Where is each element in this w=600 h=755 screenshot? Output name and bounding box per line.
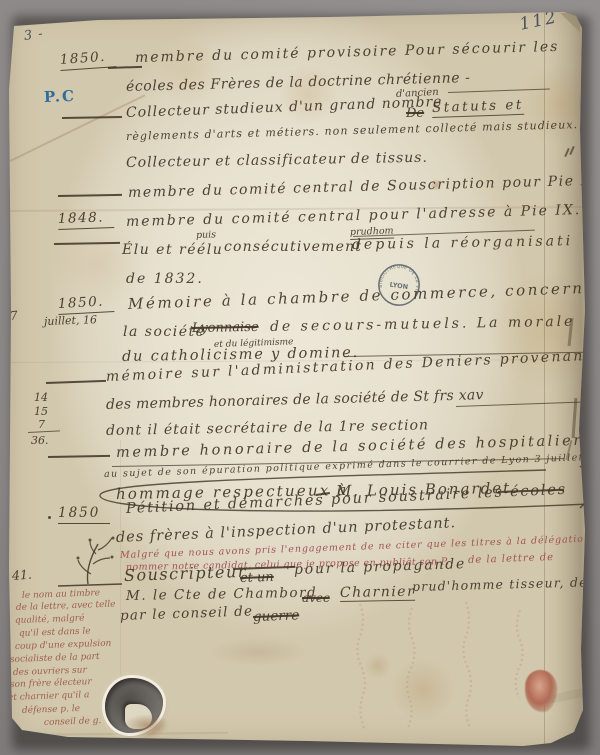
ink-smudge bbox=[124, 714, 170, 736]
ink-dot bbox=[48, 516, 51, 519]
sum-rule bbox=[28, 430, 60, 433]
sheet-number: 3 - bbox=[23, 27, 44, 43]
margin-note-line: qualité, malgré bbox=[15, 615, 85, 626]
entry-dash bbox=[46, 380, 106, 384]
margin-note-line: le nom au timbre bbox=[22, 589, 100, 601]
margin-note-line: défense p. le bbox=[22, 705, 80, 716]
margin-note-line: des ouvriers sur bbox=[13, 666, 87, 678]
entry-line: de 1832. bbox=[126, 272, 204, 286]
entry-line: Élu et réélu bbox=[122, 243, 223, 257]
entry-line: règlements d'arts et métiers. non seulem… bbox=[126, 119, 578, 142]
entry-line: par le conseil de bbox=[120, 605, 254, 623]
marginal-sum-item: 7 bbox=[38, 419, 45, 430]
marginal-number: 7 bbox=[9, 309, 18, 322]
entry-line: de secours-mutuels. La morale bbox=[270, 315, 576, 334]
entry-dash bbox=[62, 116, 122, 119]
struck-word: De bbox=[406, 107, 424, 120]
struck-word: Lyonnaise bbox=[192, 321, 259, 335]
entry-line: M. le Cte de Chambord bbox=[126, 587, 317, 604]
entry-date-detail: juillet, 16 bbox=[44, 314, 97, 327]
entry-line: Souscripteur bbox=[124, 564, 247, 584]
interlinear-insertion: puis bbox=[196, 230, 216, 240]
entry-line: consécutivement bbox=[224, 240, 362, 254]
entry-line: membre du comité provisoire Pour sécouri… bbox=[135, 40, 560, 65]
flourish-doodle bbox=[54, 536, 126, 592]
entry-line: depuis la réorganisati bbox=[352, 234, 573, 252]
struck-word: et un bbox=[240, 571, 274, 585]
margin-note-line: qu'il est dans le bbox=[19, 628, 91, 639]
margin-note-line: de la lettre, avec telle bbox=[16, 601, 116, 613]
entry-line: Statuts et bbox=[432, 99, 524, 118]
marginal-number: 41. bbox=[12, 569, 33, 583]
classmark: P.C bbox=[44, 89, 76, 105]
entry-date: 1850. bbox=[58, 295, 115, 314]
wax-seal-stain bbox=[525, 670, 557, 712]
struck-word: avec bbox=[302, 592, 330, 604]
margin-note-line: son frère électeur bbox=[10, 678, 92, 690]
trailing-rule bbox=[448, 88, 550, 93]
entry-line: des membres honoraires de la société de … bbox=[106, 388, 484, 412]
entry-line: membre du comité central de Souscription… bbox=[128, 174, 600, 200]
red-interlinear-line: de la lettre de bbox=[468, 553, 554, 566]
manuscript-page: 3 - 112 P.C 1850. membre du comité provi… bbox=[8, 10, 588, 746]
entry-date: 1850 bbox=[58, 507, 110, 524]
marginal-sum-total: 36. bbox=[31, 435, 49, 446]
margin-note-line: et charnier qu'il a bbox=[8, 691, 90, 703]
entry-dash bbox=[54, 242, 120, 245]
entry-dash bbox=[58, 194, 122, 197]
entry-line: dont il était secrétaire de la 1re secti… bbox=[106, 418, 429, 438]
marginal-sum-item: 14 bbox=[34, 392, 48, 403]
scan-background: 3 - 112 P.C 1850. membre du comité provi… bbox=[0, 0, 600, 755]
margin-note-line: conseil de g. bbox=[44, 717, 102, 728]
margin-note-line: socialiste de la part bbox=[10, 653, 100, 665]
entry-date: 1848. bbox=[58, 211, 115, 229]
struck-word: guerre bbox=[253, 609, 300, 624]
entry-line: Collecteur studieux d'un grand nombre bbox=[126, 95, 443, 120]
entry-dash bbox=[108, 66, 142, 69]
margin-note-line: coup d'une expulsion bbox=[15, 640, 112, 652]
entry-line: Collecteur et classificateur de tissus. bbox=[126, 151, 428, 170]
marginal-sum-item: 15 bbox=[34, 406, 48, 417]
